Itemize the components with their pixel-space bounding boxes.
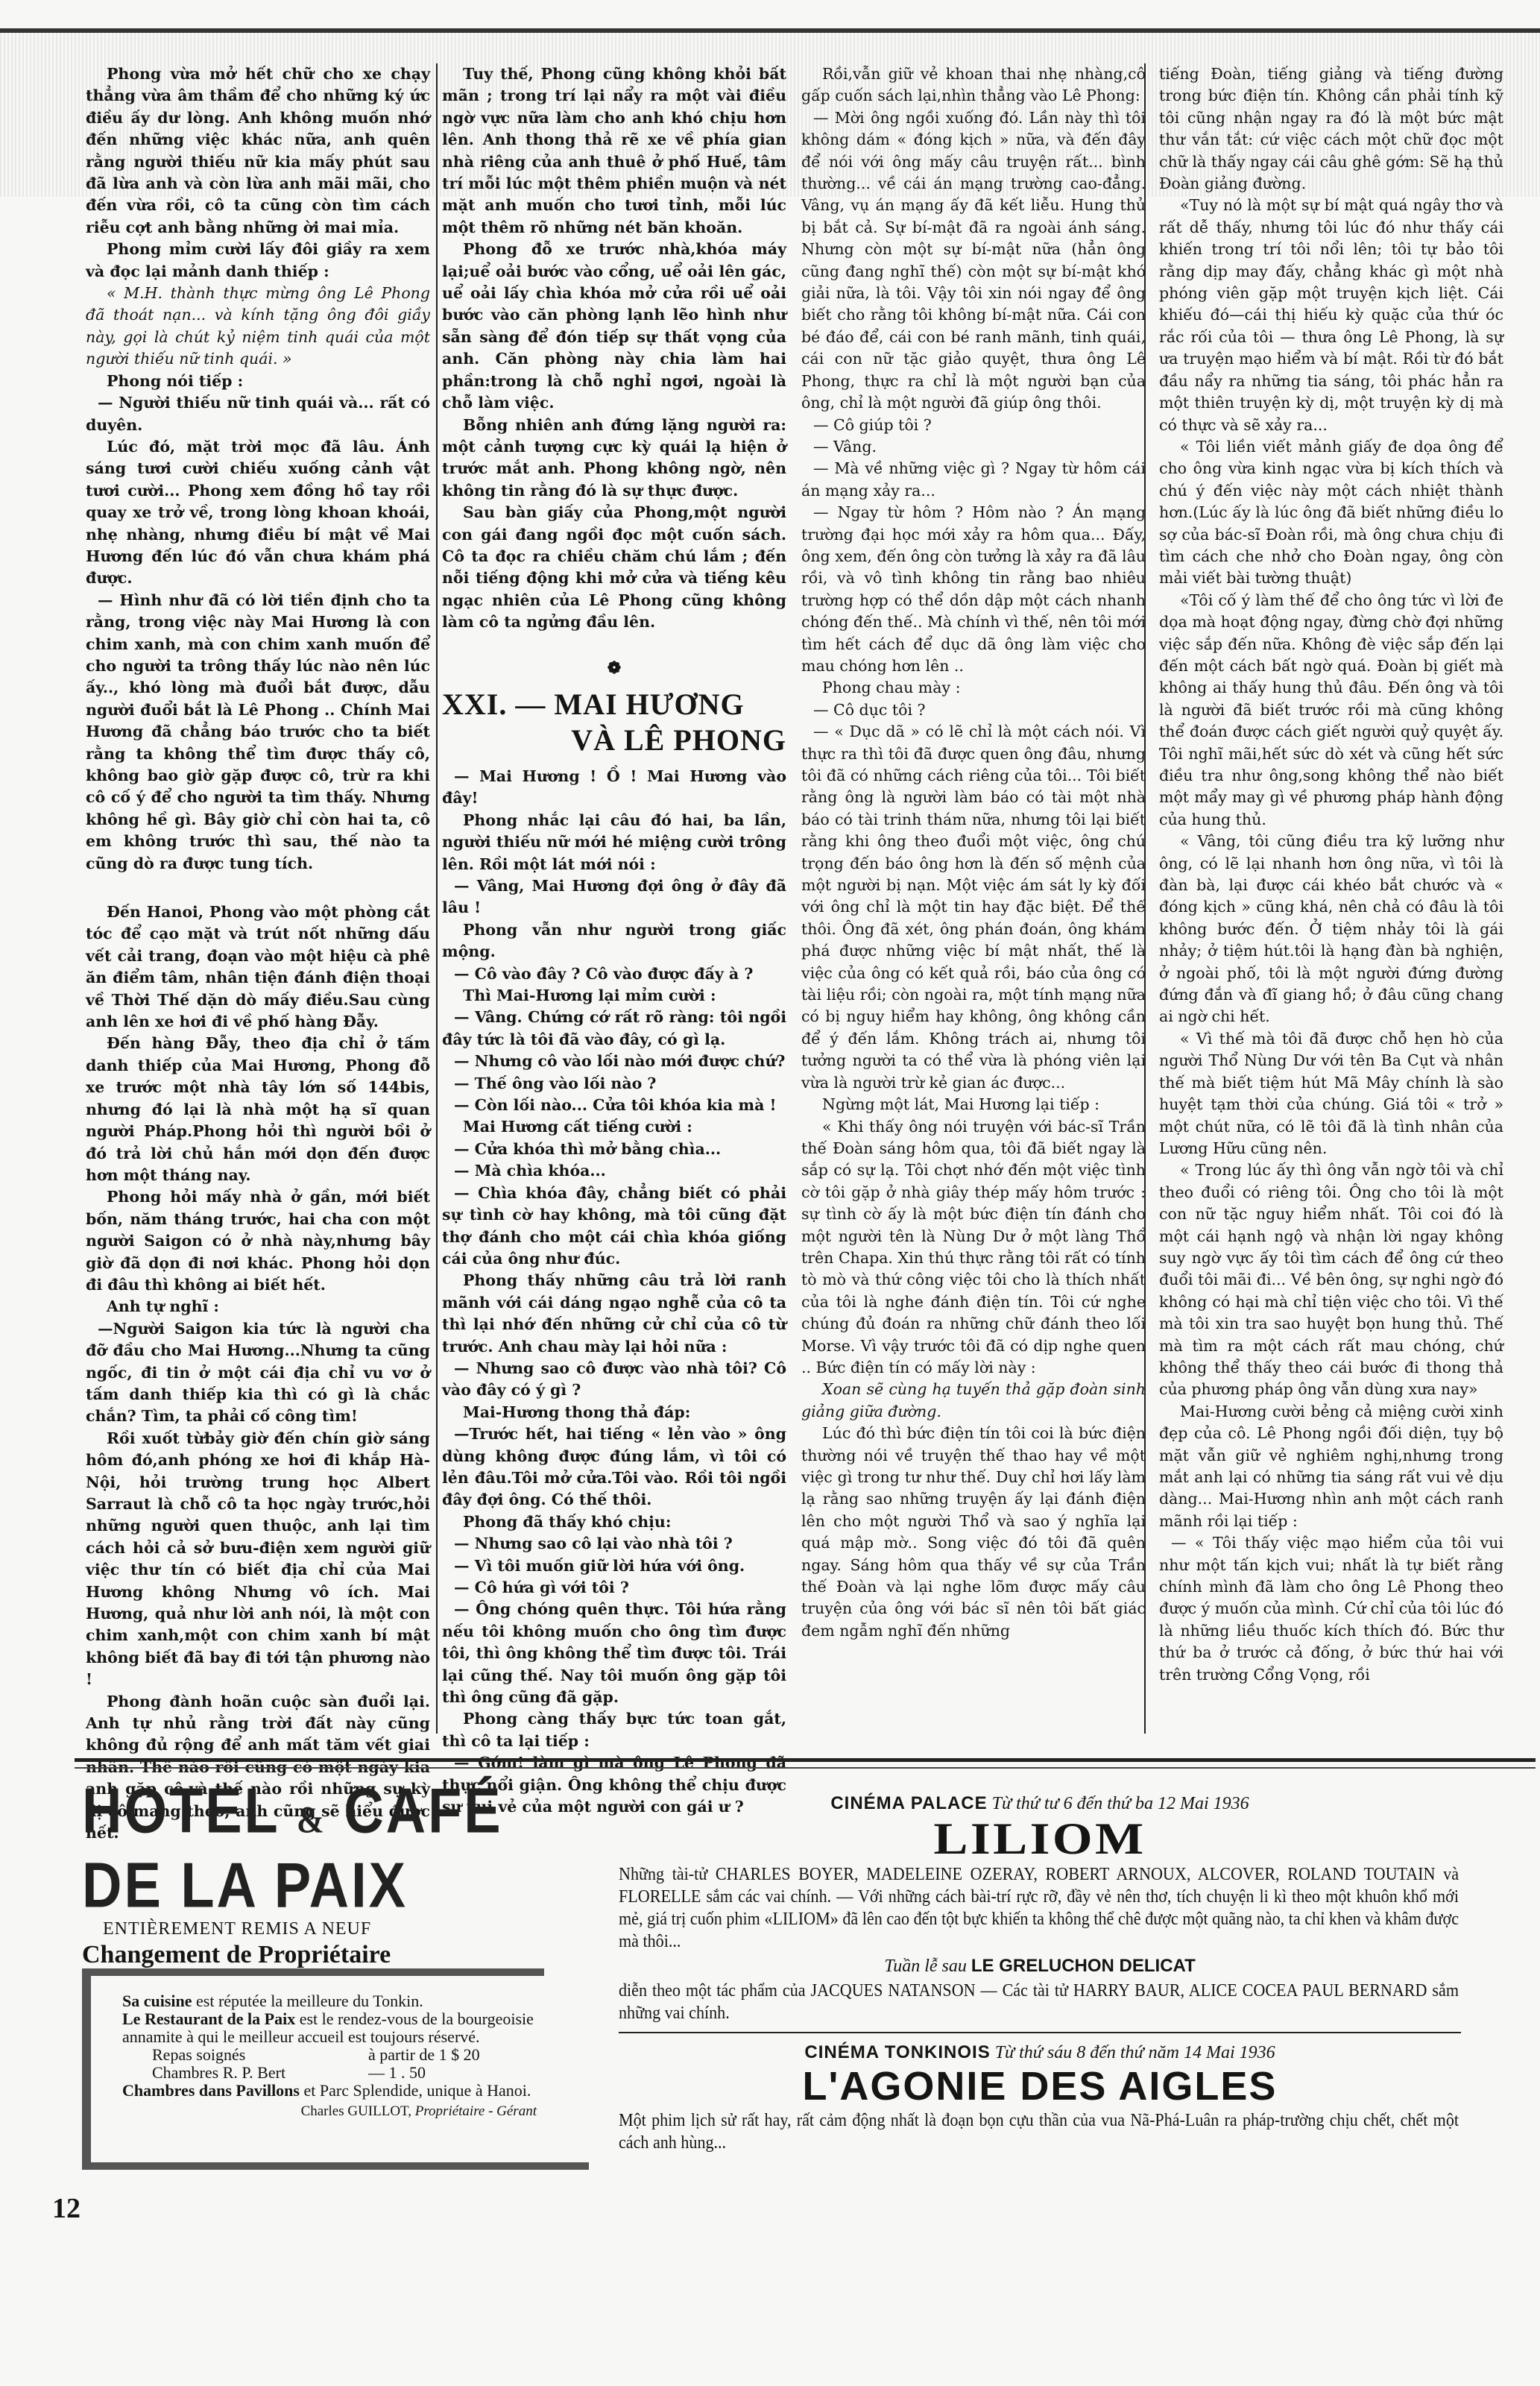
paragraph: — Thế ông vào lối nào ? xyxy=(442,1073,786,1095)
paragraph: tiếng Đoàn, tiếng giảng và tiếng đường t… xyxy=(1159,63,1503,195)
paragraph: — Ngay từ hôm ? Hôm nào ? Án mạng trường… xyxy=(801,502,1146,677)
chapter-ornament-icon: ❁ xyxy=(442,658,786,679)
paragraph: — Người thiếu nữ tinh quái và... rất có … xyxy=(86,392,430,436)
cinema-divider xyxy=(619,2032,1461,2033)
paragraph: « Khi thấy ông nói truyện với bác-sĩ Trầ… xyxy=(801,1116,1146,1379)
paragraph: — Mà chìa khóa... xyxy=(442,1160,786,1182)
paragraph: Phong vẫn như người trong giấc mộng. xyxy=(442,919,786,963)
paragraph: — « Dục dã » có lẽ chỉ là một cách nói. … xyxy=(801,721,1146,1094)
paragraph: Phong nói tiếp : xyxy=(86,371,430,392)
paragraph: — Mời ông ngồi xuống đó. Lần này thì tôi… xyxy=(801,107,1146,415)
paragraph: — « Tôi thấy việc mạo hiểm của tôi vui n… xyxy=(1159,1532,1503,1686)
column-1: Phong vừa mở hết chữ cho xe chạy thẳng v… xyxy=(86,63,430,1734)
paragraph: —Trước hết, hai tiếng « lẻn vào » ông dù… xyxy=(442,1423,786,1511)
paragraph: « Vâng, tôi cũng điều tra kỹ lưỡng như ô… xyxy=(1159,831,1503,1028)
paragraph: « Tôi liền viết mảnh giấy đe dọa ông để … xyxy=(1159,436,1503,590)
paragraph: Anh tự nghĩ : xyxy=(86,1296,430,1318)
paragraph: — Còn lối nào... Cửa tôi khóa kia mà ! xyxy=(442,1095,786,1116)
paragraph: Đến hàng Đẫy, theo địa chỉ ở tấm danh th… xyxy=(86,1033,430,1186)
paragraph: Bỗng nhiên anh đứng lặng người ra: một c… xyxy=(442,415,786,503)
paragraph: Phong mỉm cười lấy đôi giầy ra xem và đọ… xyxy=(86,239,430,283)
paragraph: — Vì tôi muốn giữ lời hứa với ông. xyxy=(442,1555,786,1577)
page-number: 12 xyxy=(52,2192,81,2225)
column-3: Rồi,vẫn giữ vẻ khoan thai nhẹ nhàng,cô g… xyxy=(801,63,1146,1734)
paragraph: Mai-Hương thong thả đáp: xyxy=(442,1402,786,1423)
column-2: Tuy thế, Phong cũng không khỏi bất mãn ;… xyxy=(442,63,786,1734)
paragraph: Phong vừa mở hết chữ cho xe chạy thẳng v… xyxy=(86,63,430,239)
paragraph: Thì Mai-Hương lại mỉm cười : xyxy=(442,985,786,1007)
next-week: Tuần lễ sau LE GRELUCHON DELICAT xyxy=(619,1956,1461,1977)
hotel-ad-subtitle: ENTIÈREMENT REMIS A NEUF xyxy=(82,1919,574,1939)
paragraph: Mai-Hương cười bẻng cả miệng cười xinh đ… xyxy=(1159,1401,1503,1532)
paragraph: Rồi,vẫn giữ vẻ khoan thai nhẹ nhàng,cô g… xyxy=(801,63,1146,107)
hotel-ad-signature: Charles GUILLOT, Propriétaire - Gérant xyxy=(122,2103,544,2121)
price-row: Repas soignésà partir de 1 $ 20 xyxy=(122,2046,544,2064)
paragraph: — Nhưng sao cô được vào nhà tôi? Cô vào … xyxy=(442,1358,786,1402)
paragraph: — Cửa khóa thì mở bằng chìa... xyxy=(442,1139,786,1160)
paragraph: Phong đã thấy khó chịu: xyxy=(442,1511,786,1533)
paragraph: « M.H. thành thực mừng ông Lê Phong đã t… xyxy=(86,283,430,371)
paragraph: — Nhưng sao cô lại vào nhà tôi ? xyxy=(442,1533,786,1555)
cinema-palace-description: Những tài-tử CHARLES BOYER, MADELEINE OZ… xyxy=(619,1863,1459,1953)
hotel-ad-rule xyxy=(82,2162,589,2170)
column-2-bottom: — Mai Hương ! Ồ ! Mai Hương vào đây!Phon… xyxy=(442,766,786,1819)
paragraph: — Cô hứa gì với tôi ? xyxy=(442,1577,786,1599)
next-week-description: diễn theo một tác phẩm của JACQUES NATAN… xyxy=(619,1980,1459,2024)
hotel-cafe-de-la-paix-ad: HOTEL & CAFÉ DE LA PAIX ENTIÈREMENT REMI… xyxy=(82,1778,574,2166)
cinema-tonkinois-description: Một phim lịch sử rất hay, rất cảm động n… xyxy=(619,2109,1459,2154)
paragraph: Lúc đó thì bức điện tín tôi coi là bức đ… xyxy=(801,1423,1146,1642)
paragraph: Sau bàn giấy của Phong,một người con gái… xyxy=(442,502,786,633)
paragraph: Phong chau mày : xyxy=(801,677,1146,699)
cinema-tonkinois-header: CINÉMA TONKINOIS Từ thứ sáu 8 đến thứ nă… xyxy=(619,2042,1461,2063)
paragraph: —Người Saigon kia tức là người cha đỡ đầ… xyxy=(86,1318,430,1428)
price-row: Chambres R. P. Bert— 1 . 50 xyxy=(122,2064,544,2082)
paragraph: « Vì thế mà tôi đã được chỗ hẹn hò của n… xyxy=(1159,1028,1503,1159)
paragraph: Phong đỗ xe trước nhà,khóa máy lại;uể oả… xyxy=(442,239,786,414)
paragraph: — Cô dục tôi ? xyxy=(801,699,1146,721)
ads-divider-thin xyxy=(75,1767,1536,1769)
paragraph: Xoan sẽ cùng hạ tuyến thả gặp đoàn sinh … xyxy=(801,1379,1146,1423)
paragraph: — Chìa khóa đây, chẳng biết có phải sự t… xyxy=(442,1183,786,1271)
paragraph: Phong hỏi mấy nhà ở gần, mới biết bốn, n… xyxy=(86,1186,430,1296)
column-2-top: Tuy thế, Phong cũng không khỏi bất mãn ;… xyxy=(442,63,786,634)
paragraph: — Cô vào đây ? Cô vào được đấy à ? xyxy=(442,963,786,985)
hotel-ad-change-owner: Changement de Propriétaire xyxy=(82,1941,574,1969)
paragraph: — Ông chóng quên thực. Tôi hứa rằng nếu … xyxy=(442,1599,786,1708)
article-body: Phong vừa mở hết chữ cho xe chạy thẳng v… xyxy=(86,63,1502,1734)
hotel-ad-title: HOTEL & CAFÉ DE LA PAIX xyxy=(82,1778,574,1918)
paragraph: — Cô giúp tôi ? xyxy=(801,415,1146,436)
paragraph: Mai Hương cất tiếng cười : xyxy=(442,1116,786,1138)
paragraph: «Tuy nó là một sự bí mật quá ngây thơ và… xyxy=(1159,195,1503,435)
paragraph: — Nhưng cô vào lối nào mới được chứ? xyxy=(442,1051,786,1072)
paragraph: Phong nhắc lại câu đó hai, ba lần, người… xyxy=(442,810,786,875)
chapter-title-line2: VÀ LÊ PHONG xyxy=(442,723,786,758)
chapter-title-line1: XXI. — MAI HƯƠNG xyxy=(442,687,745,721)
paragraph: — Mai Hương ! Ồ ! Mai Hương vào đây! xyxy=(442,766,786,810)
ads-divider xyxy=(75,1758,1536,1762)
paragraph: Đến Hanoi, Phong vào một phòng cắt tóc đ… xyxy=(86,901,430,1033)
hotel-ad-details: Sa cuisine est réputée la meilleure du T… xyxy=(82,1968,544,2162)
paragraph: Lúc đó, mặt trời mọc đã lâu. Ánh sáng tư… xyxy=(86,436,430,590)
paragraph: Phong thấy những câu trả lời ranh mãnh v… xyxy=(442,1270,786,1358)
column-4: tiếng Đoàn, tiếng giảng và tiếng đường t… xyxy=(1159,63,1503,1734)
paragraph: Ngừng một lát, Mai Hương lại tiếp : xyxy=(801,1094,1146,1115)
paragraph: — Mà về những việc gì ? Ngay từ hôm cái … xyxy=(801,458,1146,502)
cinema-ads: CINÉMA PALACE Từ thứ tư 6 đến thứ ba 12 … xyxy=(619,1793,1461,2154)
paragraph: Rồi xuốt từbảy giờ đến chín giờ sáng hôm… xyxy=(86,1428,430,1691)
paragraph: Tuy thế, Phong cũng không khỏi bất mãn ;… xyxy=(442,63,786,239)
film-title-agonie: L'AGONIE DES AIGLES xyxy=(619,2063,1461,2109)
film-title-liliom: LILIOM xyxy=(555,1814,1524,1863)
paragraph: — Hình như đã có lời tiền định cho ta rằ… xyxy=(86,590,430,875)
paragraph: «Tôi cố ý làm thế để cho ông tức vì lời … xyxy=(1159,590,1503,831)
paragraph: — Vâng. xyxy=(801,436,1146,458)
paragraph: « Trong lúc ấy thì ông vẫn ngờ tôi và ch… xyxy=(1159,1159,1503,1400)
chapter-title: XXI. — MAI HƯƠNG VÀ LÊ PHONG xyxy=(442,687,786,758)
paragraph: Phong càng thấy bực tức toan gắt, thì cô… xyxy=(442,1708,786,1752)
paragraph: — Vâng. Chứng cớ rất rõ ràng: tôi ngồi đ… xyxy=(442,1007,786,1051)
cinema-palace-header: CINÉMA PALACE Từ thứ tư 6 đến thứ ba 12 … xyxy=(619,1793,1461,1814)
paragraph: — Vâng, Mai Hương đợi ông ở đây đã lâu ! xyxy=(442,875,786,919)
